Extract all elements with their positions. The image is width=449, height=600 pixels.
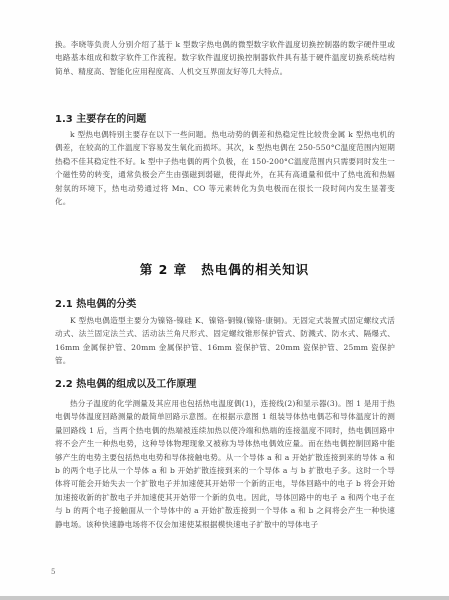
chapter-title: 热电偶的相关知识 xyxy=(201,262,309,277)
page-number: 5 xyxy=(51,568,55,576)
chapter-heading: 第 2 章热电偶的相关知识 xyxy=(0,260,449,278)
document-page: 换。李晓等负责人分别介绍了基于 k 型数字热电偶的微型数字软件温度切换控制器的数… xyxy=(0,0,449,595)
section-heading-2-2: 2.2 热电偶的组成以及工作原理 xyxy=(55,375,196,390)
page-bottom-edge xyxy=(0,596,449,600)
intro-paragraph: 换。李晓等负责人分别介绍了基于 k 型数字热电偶的微型数字软件温度切换控制器的数… xyxy=(55,38,395,78)
chapter-label: 第 2 章 xyxy=(140,262,187,277)
section-heading-2-1: 2.1 热电偶的分类 xyxy=(55,295,136,310)
section-2-2-paragraph: 热分子温度的化学测量及其应用也包括热电温度偶(1)，连接线(2)和显示器(3)。… xyxy=(55,397,395,531)
section-1-3-paragraph: k 型热电偶特别主要存在以下一些问题。热电动势的偶差和热稳定性比较贵金属 k 型… xyxy=(55,128,395,208)
section-heading-1-3: 1.3 主要存在的问题 xyxy=(55,110,146,125)
section-2-1-paragraph: K 型热电偶造型主要分为镍铬-镍硅 K、镍铬-铜镍(镍铬-康铜)。无固定式装置式… xyxy=(55,314,395,368)
